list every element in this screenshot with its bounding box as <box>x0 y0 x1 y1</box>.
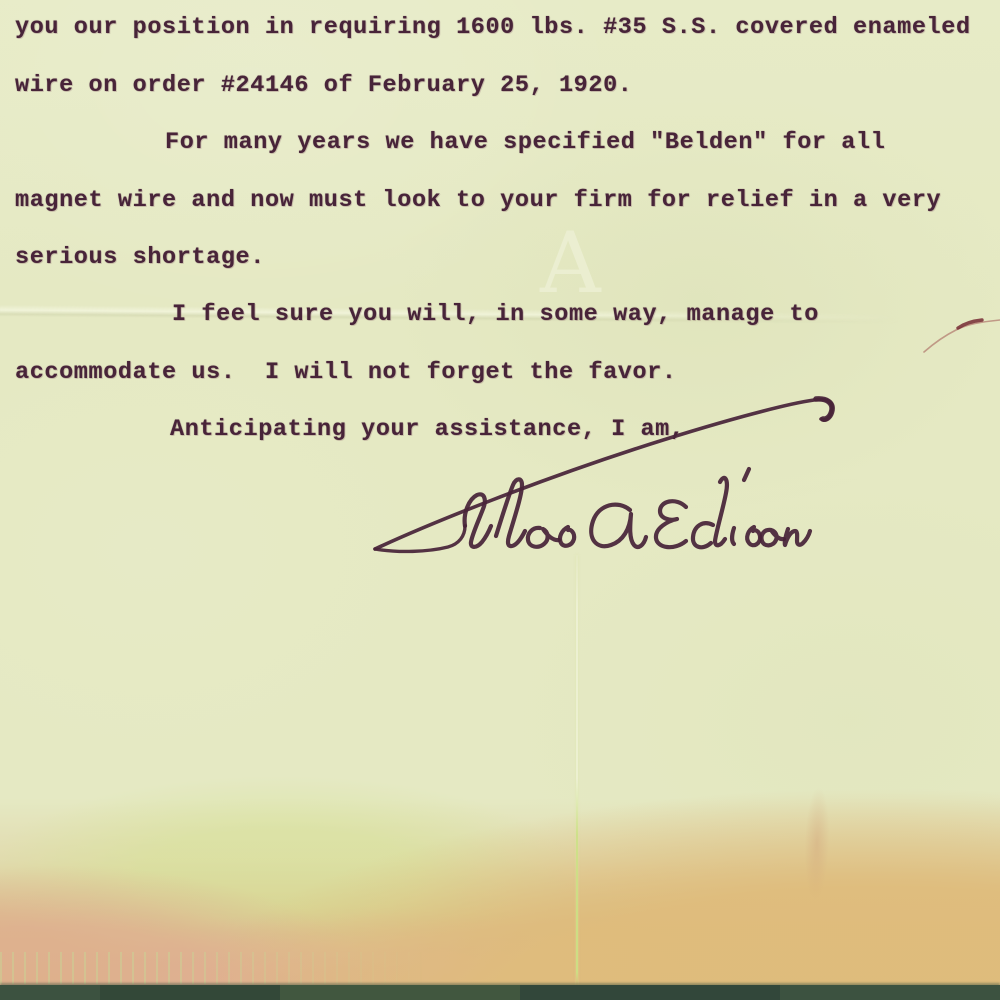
signature-flourish <box>375 399 832 549</box>
paper-bottom-edge <box>0 985 1000 1000</box>
letter-page: A you our position in requiring 1600 lbs… <box>0 0 1000 1000</box>
letter-line: accommodate us. I will not forget the fa… <box>15 361 677 385</box>
signature: Thos a Edison Thos a Edison <box>350 383 870 573</box>
signature-drawing: Thos a Edison <box>350 383 870 573</box>
letter-line: you our position in requiring 1600 lbs. … <box>15 16 971 40</box>
signature-name <box>465 469 810 547</box>
paper-stain <box>0 760 1000 1000</box>
letter-line: I feel sure you will, in some way, manag… <box>172 303 819 327</box>
letter-line: magnet wire and now must look to your fi… <box>15 189 941 213</box>
letter-line: serious shortage. <box>15 246 265 270</box>
letter-line: For many years we have specified "Belden… <box>165 131 885 155</box>
stain-drips <box>0 952 430 984</box>
signature-flourish-hook <box>816 399 832 419</box>
stain-streak <box>797 767 836 918</box>
fold-crease-vertical <box>576 555 578 985</box>
edge-crease-mark <box>860 300 1000 370</box>
watermark-letter: A <box>540 214 601 312</box>
letter-line: wire on order #24146 of February 25, 192… <box>15 74 633 98</box>
